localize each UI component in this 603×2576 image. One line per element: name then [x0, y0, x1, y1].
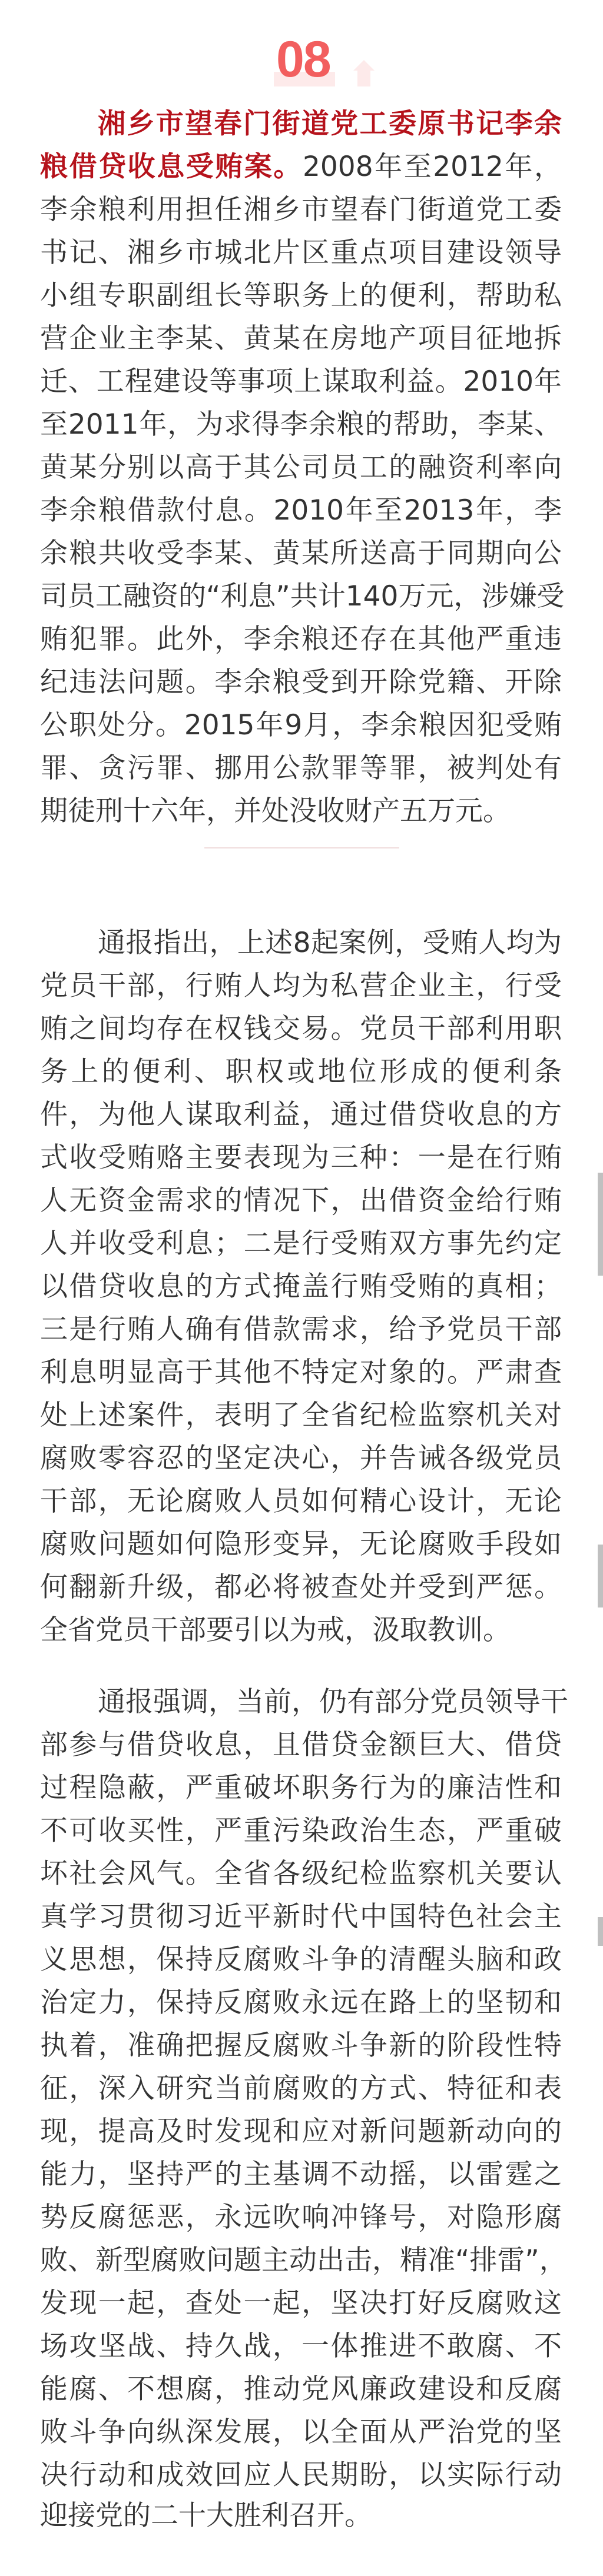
case-line: 贿犯罪。此外，李余粮还存在其他严重违 — [40, 618, 562, 661]
summary-line: 式收受贿赂主要表现为三种：一是在行贿 — [40, 1136, 562, 1179]
case-line: 迁、工程建设等事项上谋取利益。2010年 — [40, 360, 562, 403]
up-arrow-icon — [353, 60, 375, 86]
case-heading-line: 湘乡市望春门街道党工委原书记李余 — [98, 102, 562, 145]
case-line: 营企业主李某、黄某在房地产项目征地拆 — [40, 317, 562, 360]
case-line: 纪违法问题。李余粮受到开除党籍、开除 — [40, 661, 562, 704]
summary-line: 人并收受利息；二是行受贿双方事先约定 — [40, 1222, 562, 1265]
case-line: 罪、贪污罪、挪用公款罪等罪，被判处有 — [40, 747, 562, 790]
emphasis-line: 败、新型腐败问题主动出击，精准“排雷”， — [40, 2239, 562, 2282]
summary-line: 利息明显高于其他不特定对象的。严肃查 — [40, 1351, 562, 1394]
emphasis-line: 部参与借贷收息，且借贷金额巨大、借贷 — [40, 1723, 562, 1766]
emphasis-line: 势反腐惩恶，永远吹响冲锋号，对隐形腐 — [40, 2196, 562, 2239]
summary-line: 全省党员干部要引以为戒，汲取教训。 — [40, 1609, 562, 1652]
emphasis-line: 发现一起，查处一起，坚决打好反腐败这 — [40, 2282, 562, 2325]
summary-line: 以借贷收息的方式掩盖行贿受贿的真相； — [40, 1265, 562, 1308]
case-line: 公职处分。2015年9月，李余粮因犯受贿 — [40, 704, 562, 747]
case-line: 司员工融资的“利息”共计140万元，涉嫌受 — [40, 575, 562, 618]
scrollbar-thumb[interactable] — [598, 1545, 603, 1607]
emphasis-line: 场攻坚战、持久战，一体推进不敢腐、不 — [40, 2325, 562, 2368]
summary-line: 处上述案件，表明了全省纪检监察机关对 — [40, 1394, 562, 1437]
section-divider — [204, 847, 399, 848]
emphasis-line: 能力，坚持严的主基调不动摇，以雷霆之 — [40, 2153, 562, 2196]
emphasis-line: 真学习贯彻习近平新时代中国特色社会主 — [40, 1895, 562, 1938]
case-line: 期徒刑十六年，并处没收财产五万元。 — [40, 790, 562, 833]
case-line: 李余粮借款付息。2010年至2013年，李 — [40, 489, 562, 532]
emphasis-line: 能腐、不想腐，推动党风廉政建设和反腐 — [40, 2368, 562, 2411]
case-line: 粮借贷收息受贿案。2008年至2012年， — [40, 145, 562, 188]
summary-line: 何翻新升级，都必将被查处并受到严惩。 — [40, 1566, 562, 1609]
case-line: 至2011年，为求得李余粮的帮助，李某、 — [40, 403, 562, 446]
emphasis-line: 征，深入研究当前腐败的方式、特征和表 — [40, 2067, 562, 2110]
case-line: 李余粮利用担任湘乡市望春门街道党工委 — [40, 188, 562, 231]
emphasis-line: 迎接党的二十大胜利召开。 — [40, 2494, 562, 2537]
emphasis-line: 过程隐蔽，严重破坏职务行为的廉洁性和 — [40, 1766, 562, 1809]
case-number: 08 — [276, 34, 330, 85]
emphasis-line: 败斗争向纵深发展，以全面从严治党的坚 — [40, 2411, 562, 2454]
summary-line: 党员干部，行贿人均为私营企业主，行受 — [40, 964, 562, 1007]
case-title-end: 粮借贷收息受贿案。 — [40, 151, 303, 183]
case-text: 2008年至2012年， — [303, 151, 562, 183]
case-line: 余粮共收受李某、黄某所送高于同期向公 — [40, 532, 562, 575]
emphasis-line: 治定力，保持反腐败永远在路上的坚韧和 — [40, 1981, 562, 2024]
scrollbar-thumb[interactable] — [598, 1173, 603, 1276]
summary-line: 腐败零容忍的坚定决心，并告诫各级党员 — [40, 1437, 562, 1480]
summary-line: 干部，无论腐败人员如何精心设计，无论 — [40, 1480, 562, 1523]
emphasis-line: 通报强调，当前，仍有部分党员领导干 — [98, 1680, 562, 1723]
case-badge: 08 — [274, 34, 380, 90]
summary-line: 通报指出，上述8起案例，受贿人均为 — [98, 921, 562, 964]
emphasis-line: 执着，准确把握反腐败斗争新的阶段性特 — [40, 2024, 562, 2067]
case-line: 黄某分别以高于其公司员工的融资利率向 — [40, 446, 562, 489]
emphasis-line: 义思想，保持反腐败斗争的清醒头脑和政 — [40, 1938, 562, 1981]
scrollbar-thumb[interactable] — [598, 1917, 603, 1946]
emphasis-line: 决行动和成效回应人民期盼，以实际行动 — [40, 2454, 562, 2497]
emphasis-line: 现，提高及时发现和应对新问题新动向的 — [40, 2110, 562, 2153]
summary-line: 腐败问题如何隐形变异，无论腐败手段如 — [40, 1523, 562, 1566]
summary-line: 三是行贿人确有借款需求，给予党员干部 — [40, 1308, 562, 1351]
emphasis-line: 不可收买性，严重污染政治生态，严重破 — [40, 1809, 562, 1852]
case-title: 湘乡市望春门街道党工委原书记李余 — [98, 108, 562, 140]
summary-line: 贿之间均存在权钱交易。党员干部利用职 — [40, 1007, 562, 1050]
summary-line: 人无资金需求的情况下，出借资金给行贿 — [40, 1179, 562, 1222]
case-line: 书记、湘乡市城北片区重点项目建设领导 — [40, 231, 562, 274]
summary-line: 件，为他人谋取利益，通过借贷收息的方 — [40, 1093, 562, 1136]
case-line: 小组专职副组长等职务上的便利，帮助私 — [40, 274, 562, 317]
summary-line: 务上的便利、职权或地位形成的便利条 — [40, 1050, 562, 1093]
emphasis-line: 坏社会风气。全省各级纪检监察机关要认 — [40, 1852, 562, 1895]
